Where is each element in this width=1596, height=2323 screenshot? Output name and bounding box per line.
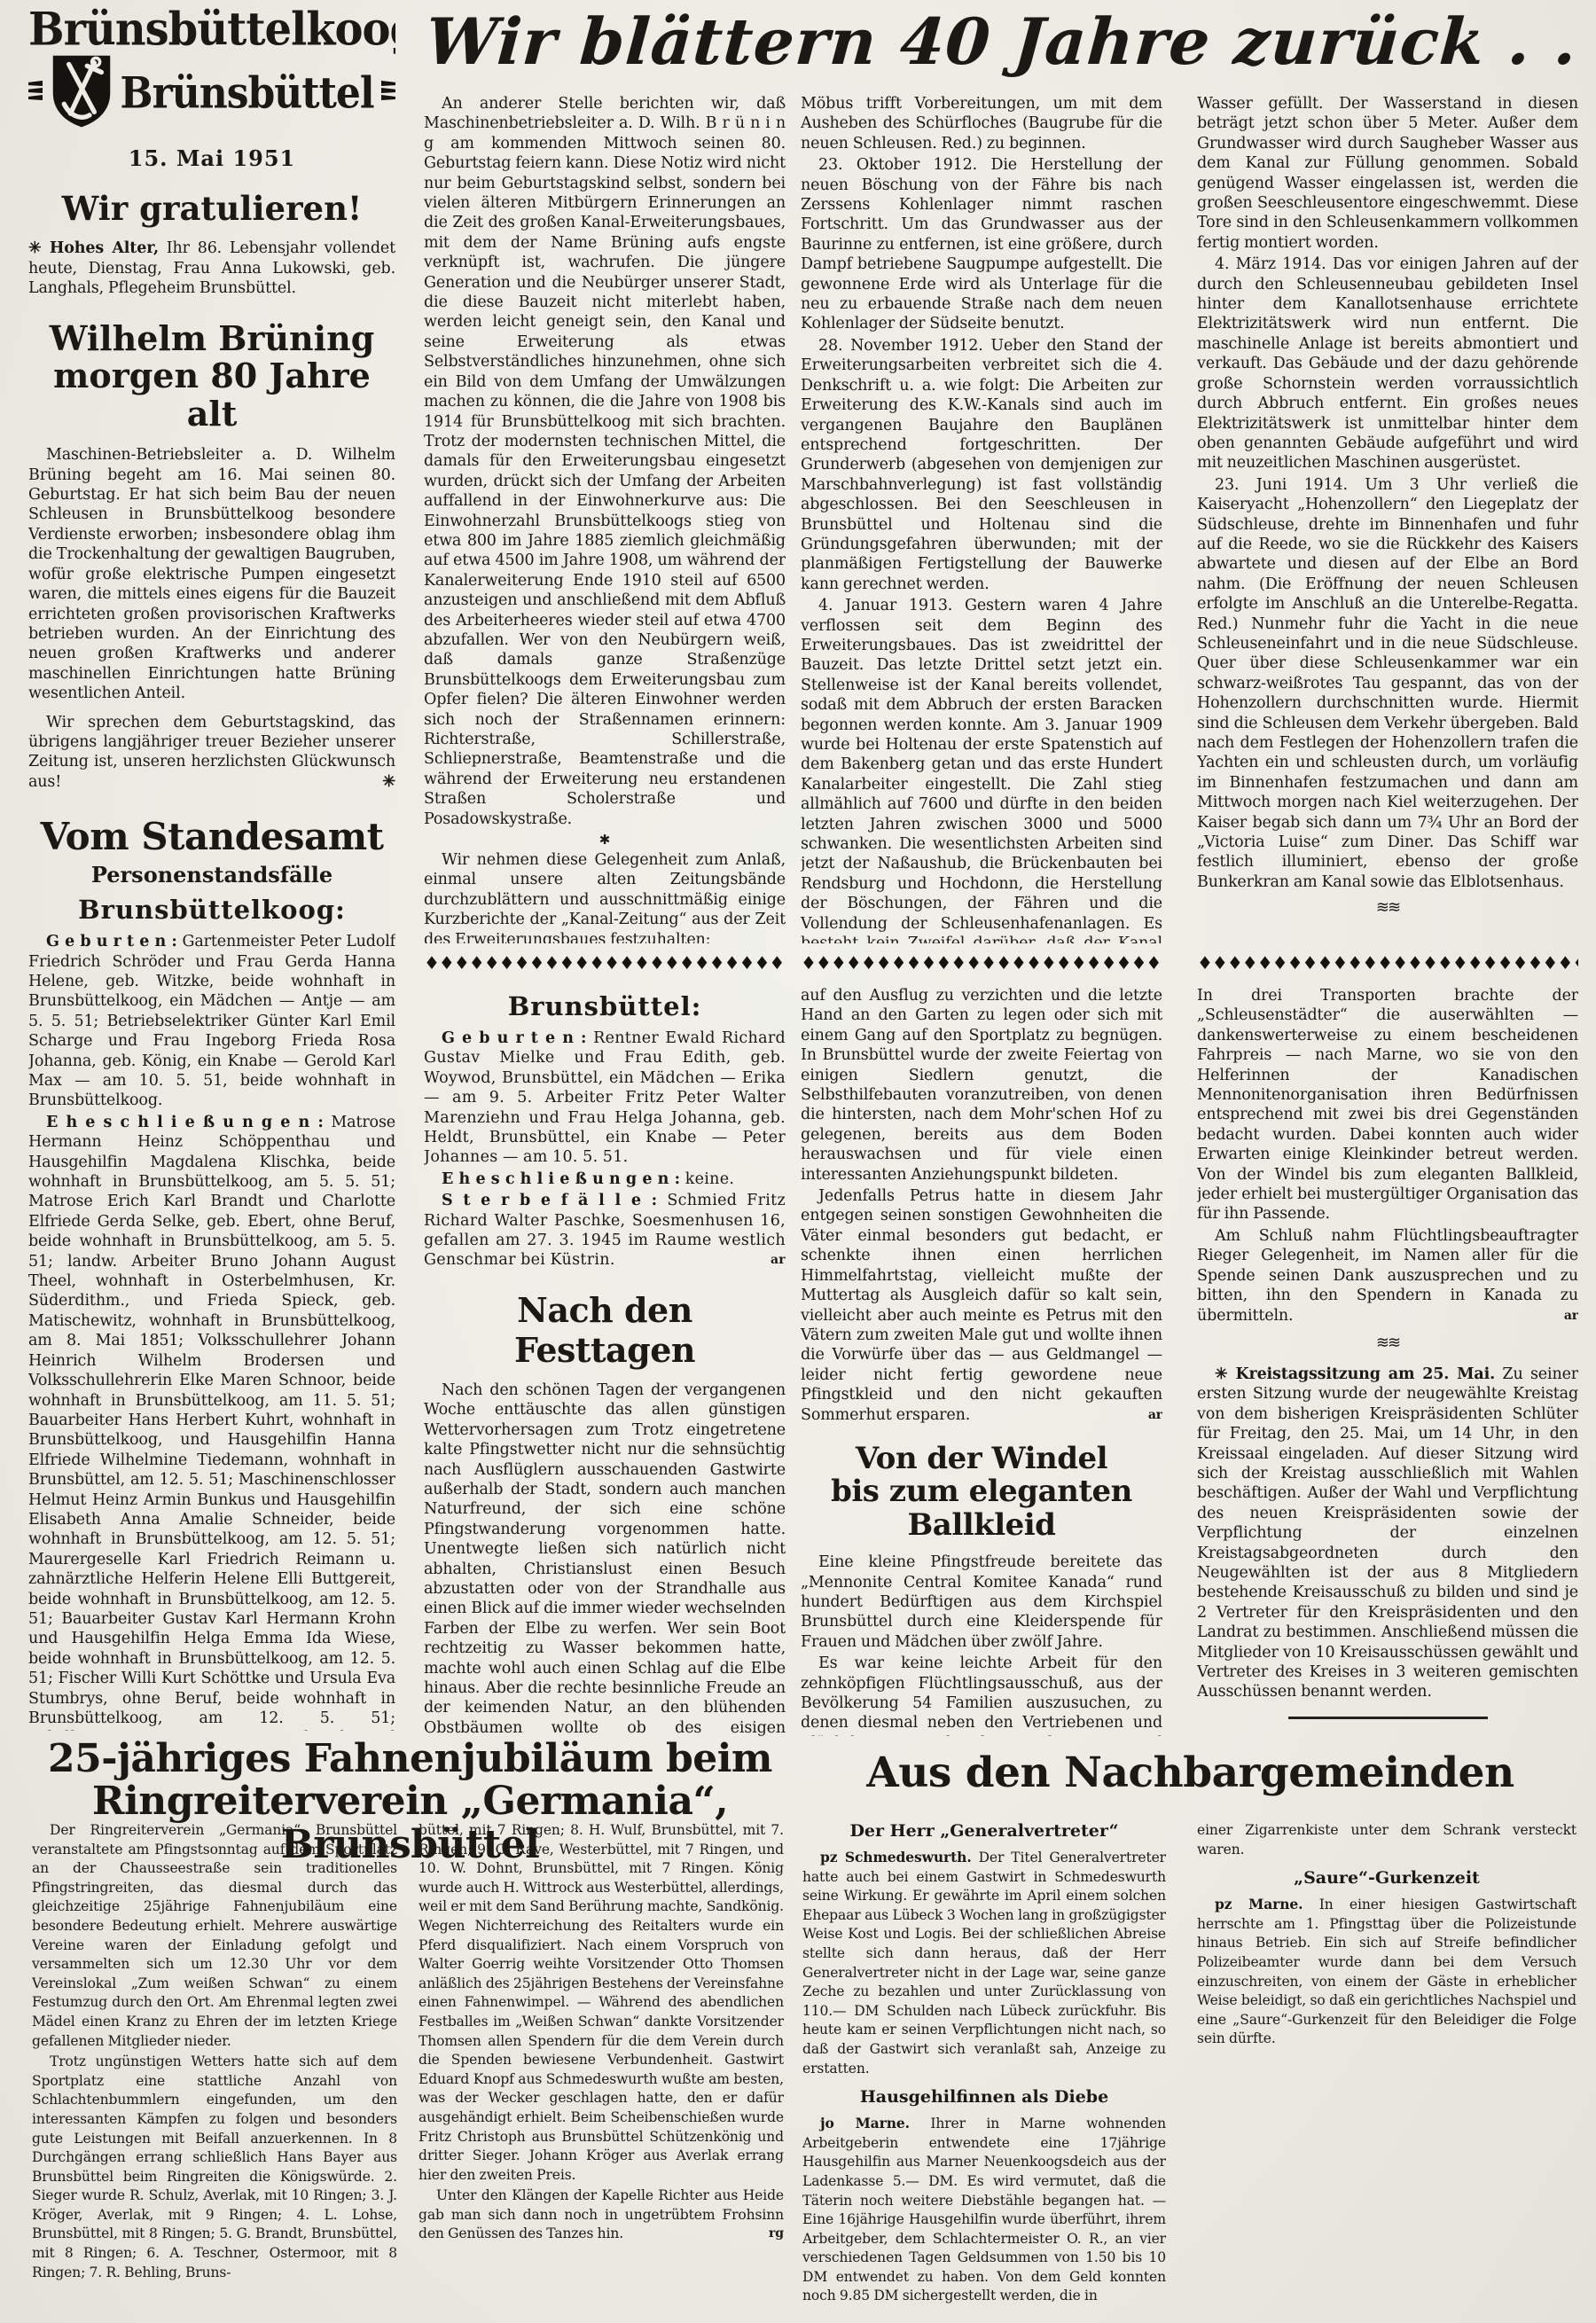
paragraph-text: 4. März 1914. Das vor einigen Jahren auf…	[1197, 255, 1578, 472]
paragraph: An anderer Stelle berichten wir, daß Mas…	[424, 94, 786, 829]
paragraph: Unter den Klängen der Kapelle Richter au…	[419, 2186, 784, 2244]
paragraph: 28. November 1912. Ueber den Stand der E…	[801, 336, 1162, 594]
paragraph-text: Rentner Ewald Richard Gustav Mielke und …	[424, 1029, 786, 1166]
paragraph-lead: G e b u r t e n :	[442, 1029, 587, 1047]
diamond-divider-segment: ♦♦♦♦♦♦♦♦♦♦♦♦♦♦♦♦♦♦♦♦♦♦♦♦♦♦♦♦♦♦♦♦♦♦♦♦♦♦♦♦…	[1197, 956, 1578, 973]
paragraph: Möbus trifft Vorbereitungen, um mit dem …	[801, 94, 1162, 153]
paragraph: auf den Ausflug zu verzichten und die le…	[801, 986, 1162, 1185]
paragraph: büttel, mit 7 Ringen; 8. H. Wulf, Brunsb…	[419, 1821, 784, 2185]
newspaper-page: { "masthead": { "line1": "Brünsbüttelkoo…	[0, 0, 1596, 2323]
heading-line: Von der Windel	[801, 1443, 1162, 1475]
paragraph-geburten: G e b u r t e n : Rentner Ewald Richard …	[424, 1029, 786, 1168]
paragraph-lead: pz Schmedeswurth.	[820, 1849, 972, 1865]
paragraph-text: Maschinen-Betriebsleiter a. D. Wilhelm B…	[28, 446, 395, 702]
end-rule	[1288, 1717, 1488, 1719]
article-heading-windel: Von der Windel bis zum eleganten Ballkle…	[801, 1443, 1162, 1542]
paragraph: Jedenfalls Petrus hatte in diesem Jahr e…	[801, 1186, 1162, 1425]
paragraph-text: Trotz ungünstigen Wetters hatte sich auf…	[32, 2053, 397, 2280]
paragraph-text: Eine kleine Pfingstfreude bereitete das …	[801, 1553, 1162, 1651]
paragraph-text: Matrose Hermann Heinz Schöppenthau und H…	[28, 1114, 395, 1731]
masthead-flourish-left-icon	[28, 78, 43, 108]
paragraph: Es war keine leichte Arbeit für den zehn…	[801, 1654, 1162, 1736]
author-initials: ar	[1539, 1306, 1578, 1326]
paragraph-lead: G e b u r t e n :	[46, 933, 177, 950]
article-column-a: An anderer Stelle berichten wir, daß Mas…	[424, 94, 786, 943]
article-column-c: Wasser gefüllt. Der Wasserstand in diese…	[1197, 94, 1578, 943]
paragraph: 23. Juni 1914. Um 3 Uhr verließ die Kais…	[1197, 475, 1578, 893]
heading-line: 25-jähriges Fahnenjubiläum beim	[35, 1738, 785, 1780]
paragraph: pz Marne. In einer hiesigen Gastwirtscha…	[1197, 1895, 1576, 2049]
paragraph: 4. Januar 1913. Gestern waren 4 Jahre ve…	[801, 596, 1162, 943]
paragraph: ✳ Hohes Alter, Ihr 86. Lebensjahr vollen…	[28, 239, 395, 298]
section-heading-bruening: Wilhelm Brüning morgen 80 Jahre alt	[28, 320, 395, 434]
left-rail-column: Brünsbüttelkoog Brünsbüttel 15. Mai 1951…	[28, 7, 395, 1731]
masthead-title-line1: Brünsbüttelkoog	[28, 7, 395, 53]
paragraph-text: keine.	[680, 1170, 734, 1188]
subheading-hausgehilfinnen: Hausgehilfinnen als Diebe	[802, 2087, 1166, 2107]
paragraph-text: Gartenmeister Peter Ludolf Friedrich Sch…	[28, 933, 395, 1109]
issue-date: 15. Mai 1951	[28, 145, 395, 171]
paragraph-text: einer Zigarrenkiste unter dem Schrank ve…	[1197, 1822, 1576, 1858]
paragraph-text: Ihrer in Marne wohnenden Arbeitgeberin e…	[802, 2116, 1166, 2303]
paragraph-kreistag: ✳ Kreistagssitzung am 25. Mai. Zu seiner…	[1197, 1365, 1578, 1702]
subheading-brunsbuettelkoog: Brunsbüttelkoog:	[28, 895, 395, 925]
paragraph: 23. Oktober 1912. Die Herstellung der ne…	[801, 155, 1162, 334]
paragraph-text: Zu seiner ersten Sitzung wurde der neuge…	[1197, 1365, 1578, 1701]
paragraph: 4. März 1914. Das vor einigen Jahren auf…	[1197, 254, 1578, 473]
asterisk-ornament: ✱	[424, 833, 786, 847]
diamond-divider-segment: ♦♦♦♦♦♦♦♦♦♦♦♦♦♦♦♦♦♦♦♦♦♦♦♦♦♦♦♦♦♦♦♦♦♦♦♦♦♦♦♦…	[801, 956, 1162, 973]
masthead-flourish-right-icon	[380, 78, 395, 108]
subheading-brunsbuettel: Brunsbüttel:	[424, 991, 786, 1021]
paragraph: pz Schmedeswurth. Der Titel Generalvertr…	[802, 1848, 1166, 2078]
paragraph-text: In drei Transporten brachte der „Schleus…	[1197, 987, 1578, 1223]
author-initials: rg	[744, 2225, 784, 2244]
paragraph: Der Ringreiterverein „Germania“ Brunsbüt…	[32, 1821, 397, 2051]
subheading-personenstandsfaelle: Personenstandsfälle	[28, 862, 395, 888]
page-main-headline: Wir blättern 40 Jahre zurück . . .	[423, 4, 1422, 89]
mid-column-a: Brunsbüttel: G e b u r t e n : Rentner E…	[424, 986, 786, 1736]
paragraph-lead: E h e s c h l i e ß u n g e n :	[442, 1170, 680, 1188]
bottom-column-4: einer Zigarrenkiste unter dem Schrank ve…	[1197, 1821, 1576, 2323]
paragraph-sterbefaelle: S t e r b e f ä l l e : Schmied Fritz Ri…	[424, 1191, 786, 1271]
paragraph-lead: ✳ Kreistagssitzung am 25. Mai.	[1215, 1365, 1495, 1383]
paragraph-text: Wir sprechen dem Geburtstagskind, das üb…	[28, 714, 395, 791]
paragraph-text: Unter den Klängen der Kapelle Richter au…	[419, 2187, 784, 2241]
paragraph-text: Wasser gefüllt. Der Wasserstand in diese…	[1197, 95, 1578, 252]
section-heading-gratulieren: Wir gratulieren!	[28, 189, 395, 228]
paragraph-lead: ✳ Hohes Alter,	[28, 239, 159, 257]
masthead-title-line2: Brünsbüttel	[120, 68, 373, 118]
paragraph-lead: S t e r b e f ä l l e :	[442, 1192, 657, 1209]
paragraph-lead: pz Marne.	[1215, 1896, 1303, 1912]
subheading-gurkenzeit: „Saure“-Gurkenzeit	[1197, 1868, 1576, 1888]
paragraph: Nach den schönen Tagen der vergangenen W…	[424, 1381, 786, 1736]
paragraph-text: Am Schluß nahm Flüchtlingsbeauftragter R…	[1197, 1227, 1578, 1325]
heading-line: bis zum eleganten Ballkleid	[801, 1475, 1162, 1542]
paragraph-eheschliessungen: E h e s c h l i e ß u n g e n : keine.	[424, 1169, 786, 1189]
article-heading-nachbargemeinden: Aus den Nachbargemeinden	[802, 1748, 1578, 1797]
paragraph-text: auf den Ausflug zu verzichten und die le…	[801, 987, 1162, 1184]
heading-line: Wilhelm Brüning	[28, 320, 395, 358]
paragraph-text: Nach den schönen Tagen der vergangenen W…	[424, 1381, 786, 1736]
paragraph: Wasser gefüllt. Der Wasserstand in diese…	[1197, 94, 1578, 253]
paragraph: In drei Transporten brachte der „Schleus…	[1197, 986, 1578, 1224]
brunsbuettel-coat-of-arms-icon	[50, 53, 113, 133]
masthead-row: Brünsbüttel	[28, 53, 395, 133]
paragraph: Am Schluß nahm Flüchtlingsbeauftragter R…	[1197, 1226, 1578, 1326]
author-initials: ar	[1123, 1405, 1162, 1425]
paragraph-text: Wir nehmen diese Gelegenheit zum Anlaß, …	[424, 851, 786, 943]
author-initials: ar	[746, 1250, 786, 1270]
paragraph-text: 28. November 1912. Ueber den Stand der E…	[801, 337, 1162, 593]
paragraph: einer Zigarrenkiste unter dem Schrank ve…	[1197, 1821, 1576, 1859]
mid-column-c: In drei Transporten brachte der „Schleus…	[1197, 986, 1578, 1736]
paragraph-text: Der Ringreiterverein „Germania“ Brunsbüt…	[32, 1822, 397, 2049]
paragraph-text: 23. Juni 1914. Um 3 Uhr verließ die Kais…	[1197, 476, 1578, 891]
paragraph-eheschliessungen: E h e s c h l i e ß u n g e n : Matrose …	[28, 1113, 395, 1731]
paragraph-text: Jedenfalls Petrus hatte in diesem Jahr e…	[801, 1187, 1162, 1423]
article-column-b: Möbus trifft Vorbereitungen, um mit dem …	[801, 94, 1162, 943]
paragraph-text: Es war keine leichte Arbeit für den zehn…	[801, 1654, 1162, 1736]
bottom-column-3: Der Herr „Generalvertreter“ pz Schmedesw…	[802, 1821, 1166, 2323]
paragraph-text: 23. Oktober 1912. Die Herstellung der ne…	[801, 156, 1162, 332]
paragraph-lead: jo Marne.	[820, 2115, 910, 2131]
bottom-column-2: büttel, mit 7 Ringen; 8. H. Wulf, Brunsb…	[419, 1821, 784, 2323]
diamond-divider-segment: ♦♦♦♦♦♦♦♦♦♦♦♦♦♦♦♦♦♦♦♦♦♦♦♦♦♦♦♦♦♦♦♦♦♦♦♦♦♦♦♦…	[424, 956, 786, 973]
squiggle-ornament: ≋≋	[1197, 899, 1578, 917]
paragraph: Eine kleine Pfingstfreude bereitete das …	[801, 1553, 1162, 1652]
paragraph-geburten: G e b u r t e n : Gartenmeister Peter Lu…	[28, 932, 395, 1111]
paragraph-text: Der Titel Generalvertreter hatte auch be…	[802, 1850, 1166, 2077]
mid-column-b: auf den Ausflug zu verzichten und die le…	[801, 986, 1162, 1736]
paragraph-text: 4. Januar 1913. Gestern waren 4 Jahre ve…	[801, 597, 1162, 943]
paragraph-text: Möbus trifft Vorbereitungen, um mit dem …	[801, 95, 1162, 153]
heading-line: morgen 80 Jahre alt	[28, 357, 395, 433]
paragraph: Wir sprechen dem Geburtstagskind, das üb…	[28, 713, 395, 793]
end-star-ornament: ✳	[357, 772, 395, 792]
section-heading-standesamt: Vom Standesamt	[28, 815, 395, 858]
subheading-generalvertreter: Der Herr „Generalvertreter“	[802, 1821, 1166, 1841]
squiggle-ornament: ≋≋	[1197, 1334, 1578, 1352]
paragraph-text: An anderer Stelle berichten wir, daß Mas…	[424, 95, 786, 828]
paragraph-text: In einer hiesigen Gastwirtschaft herrsch…	[1197, 1897, 1576, 2046]
paragraph: Maschinen-Betriebsleiter a. D. Wilhelm B…	[28, 445, 395, 703]
paragraph-lead: E h e s c h l i e ß u n g e n :	[46, 1114, 324, 1131]
bottom-column-1: Der Ringreiterverein „Germania“ Brunsbüt…	[32, 1821, 397, 2323]
paragraph: Wir nehmen diese Gelegenheit zum Anlaß, …	[424, 850, 786, 943]
paragraph-text: büttel, mit 7 Ringen; 8. H. Wulf, Brunsb…	[419, 1822, 784, 2183]
paragraph: jo Marne. Ihrer in Marne wohnenden Arbei…	[802, 2114, 1166, 2306]
paragraph: Trotz ungünstigen Wetters hatte sich auf…	[32, 2053, 397, 2282]
article-heading-festtagen: Nach den Festtagen	[424, 1290, 786, 1370]
